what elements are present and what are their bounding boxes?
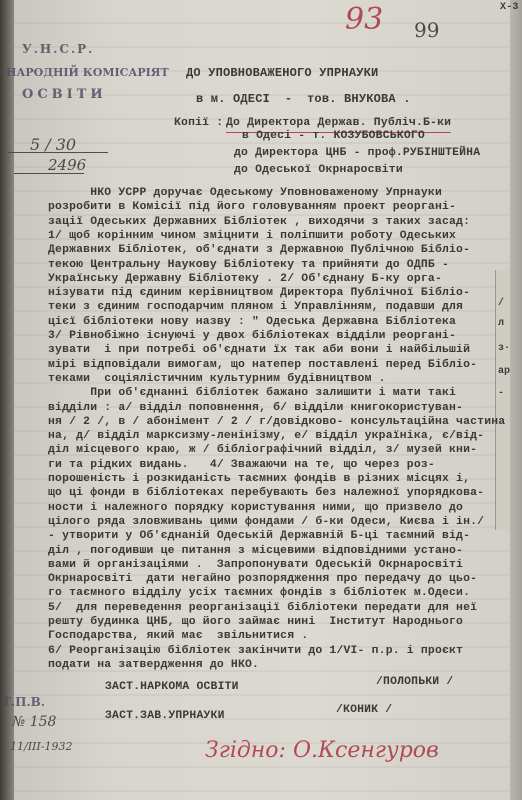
body-line: 3/ Рівнобіжно існуючі у двох бібліотеках… xyxy=(48,329,456,345)
signature-title-2: ЗАСТ.ЗАВ.УПРНАУКИ xyxy=(105,709,225,725)
signature-name-2: /КОНИК / xyxy=(336,703,392,719)
body-line: ности і належного порядку користування н… xyxy=(48,501,463,517)
folder-edge-right xyxy=(510,0,522,800)
page-number-red: 93 xyxy=(345,2,383,37)
body-line: що ці фонди в бібліотеках перебувають бе… xyxy=(48,486,484,502)
body-line: 1/ щоб корінним чином зміцнити і поліпши… xyxy=(48,229,456,245)
bottom-stamp-date: 11/ІІІ-1932 xyxy=(10,740,72,753)
handwritten-approval: Згідно: О.Ксенгуров xyxy=(205,738,439,763)
body-line: на, д/ відділ марксизму-ленінізму, е/ ві… xyxy=(48,429,484,445)
body-line: 5/ для переведення реорганізації бібліот… xyxy=(48,601,477,617)
stamp-line-1: У.Н.С.Р. xyxy=(22,42,94,56)
stamp-line-2: НАРОДНІЙ КОМІСАРІЯТ xyxy=(6,66,169,79)
copies-label: Копії : xyxy=(174,116,223,132)
body-line: порошеність і розкиданість таємних фонді… xyxy=(48,472,470,488)
body-line: відділи : а/ відділ поповнення, б/ відді… xyxy=(48,401,463,417)
body-line: Окрнаросвіті дати негайно розпорядження … xyxy=(48,572,477,588)
copies-line-2: в Одесі - т. КОЗУБОВСЬКОГО xyxy=(242,129,425,145)
margin-fragment-4: ар xyxy=(498,366,510,377)
body-line: Українську Державну Бібліотеку . 2/ Об'є… xyxy=(48,272,442,288)
body-line: мірі відповідали вимогам, що натепер пос… xyxy=(48,358,477,374)
body-line: решту будинка ЦНБ, що його займає нині І… xyxy=(48,615,463,631)
body-line: цієї бібліотеки нову назву : " Одеська Д… xyxy=(48,315,456,331)
registration-underline xyxy=(8,152,108,153)
bottom-stamp-label: Т.П.В. xyxy=(2,695,45,709)
body-line: Господарства, який має звільнитися . xyxy=(48,629,308,645)
body-line: нізувати під єдиним керівництвом Директо… xyxy=(48,286,470,302)
body-line: теки з єдиним господарчим пляном і Управ… xyxy=(48,300,463,316)
registration-number: 2496 xyxy=(48,156,86,174)
body-line: цілого ряда зловживань цими фондами / б-… xyxy=(48,515,484,531)
body-line: подати на затвердження до НКО. xyxy=(48,658,259,674)
body-line: зувати і при потребі об'єднати їх так аб… xyxy=(48,343,470,359)
body-line: ги та рідких видань. 4/ Зважаючи на те, … xyxy=(48,458,435,474)
page-number-grey: 99 xyxy=(414,18,439,42)
archive-mark: Х-3 xyxy=(500,0,519,16)
copies-line-4: до Одеської Окрнаросвіти xyxy=(234,163,403,179)
body-line: НКО УСРР доручає Одеському Уповноваженом… xyxy=(48,186,442,202)
body-line: діл місцевого краю, ж / бібліографічний … xyxy=(48,443,477,459)
registration-underline-2 xyxy=(14,173,84,174)
body-line: 6/ Реорганізацію бібліотек закінчити до … xyxy=(48,644,463,660)
body-line: Державних Бібліотек, об'єднати з Державн… xyxy=(48,243,470,259)
body-line: теками соціялістичним культурним будівни… xyxy=(48,372,386,388)
margin-fragment-1: / xyxy=(498,298,504,309)
signature-name-1: /ПОЛОПЬКИ / xyxy=(376,675,453,691)
body-line: зації Одеських Державних Бібліотек , вих… xyxy=(48,215,470,231)
body-line: текою Центральну Наукову Бібліотеку та п… xyxy=(48,258,449,274)
body-line: діл , погодивши це питання з місцевими в… xyxy=(48,544,463,560)
signature-title-1: ЗАСТ.НАРКОМА ОСВІТИ xyxy=(105,680,239,696)
body-line: ня / 2 /, в / абонімент / 2 / г/довідков… xyxy=(48,415,505,431)
addressee-line-1: ДО УПОВНОВАЖЕНОГО УПРНАУКИ xyxy=(186,66,378,82)
body-line: розробити в Комісії під його головування… xyxy=(48,200,456,216)
margin-fragment-3: з· xyxy=(498,343,510,354)
copies-line-3: до Директора ЦНБ - проф.РУБІНШТЕЙНА xyxy=(234,146,480,162)
margin-fragment-5: - xyxy=(498,388,504,399)
body-line: При об'єднанні бібліотек бажано залишити… xyxy=(48,386,456,402)
underlying-page xyxy=(495,270,511,530)
bottom-stamp-number: № 158 xyxy=(12,714,56,730)
body-line: - утворити у Об'єднаній Одеській Державн… xyxy=(48,529,470,545)
stamp-line-3: ОСВІТИ xyxy=(22,87,107,102)
margin-fragment-2: л xyxy=(498,318,504,329)
folder-edge-left xyxy=(0,0,14,800)
body-line: вами й організаціями . Запропонувати Оде… xyxy=(48,558,463,574)
body-line: го таємного відділу усіх таємних фондів … xyxy=(48,586,470,602)
addressee-line-2: в м. ОДЕСІ - тов. ВНУКОВА . xyxy=(196,92,411,108)
